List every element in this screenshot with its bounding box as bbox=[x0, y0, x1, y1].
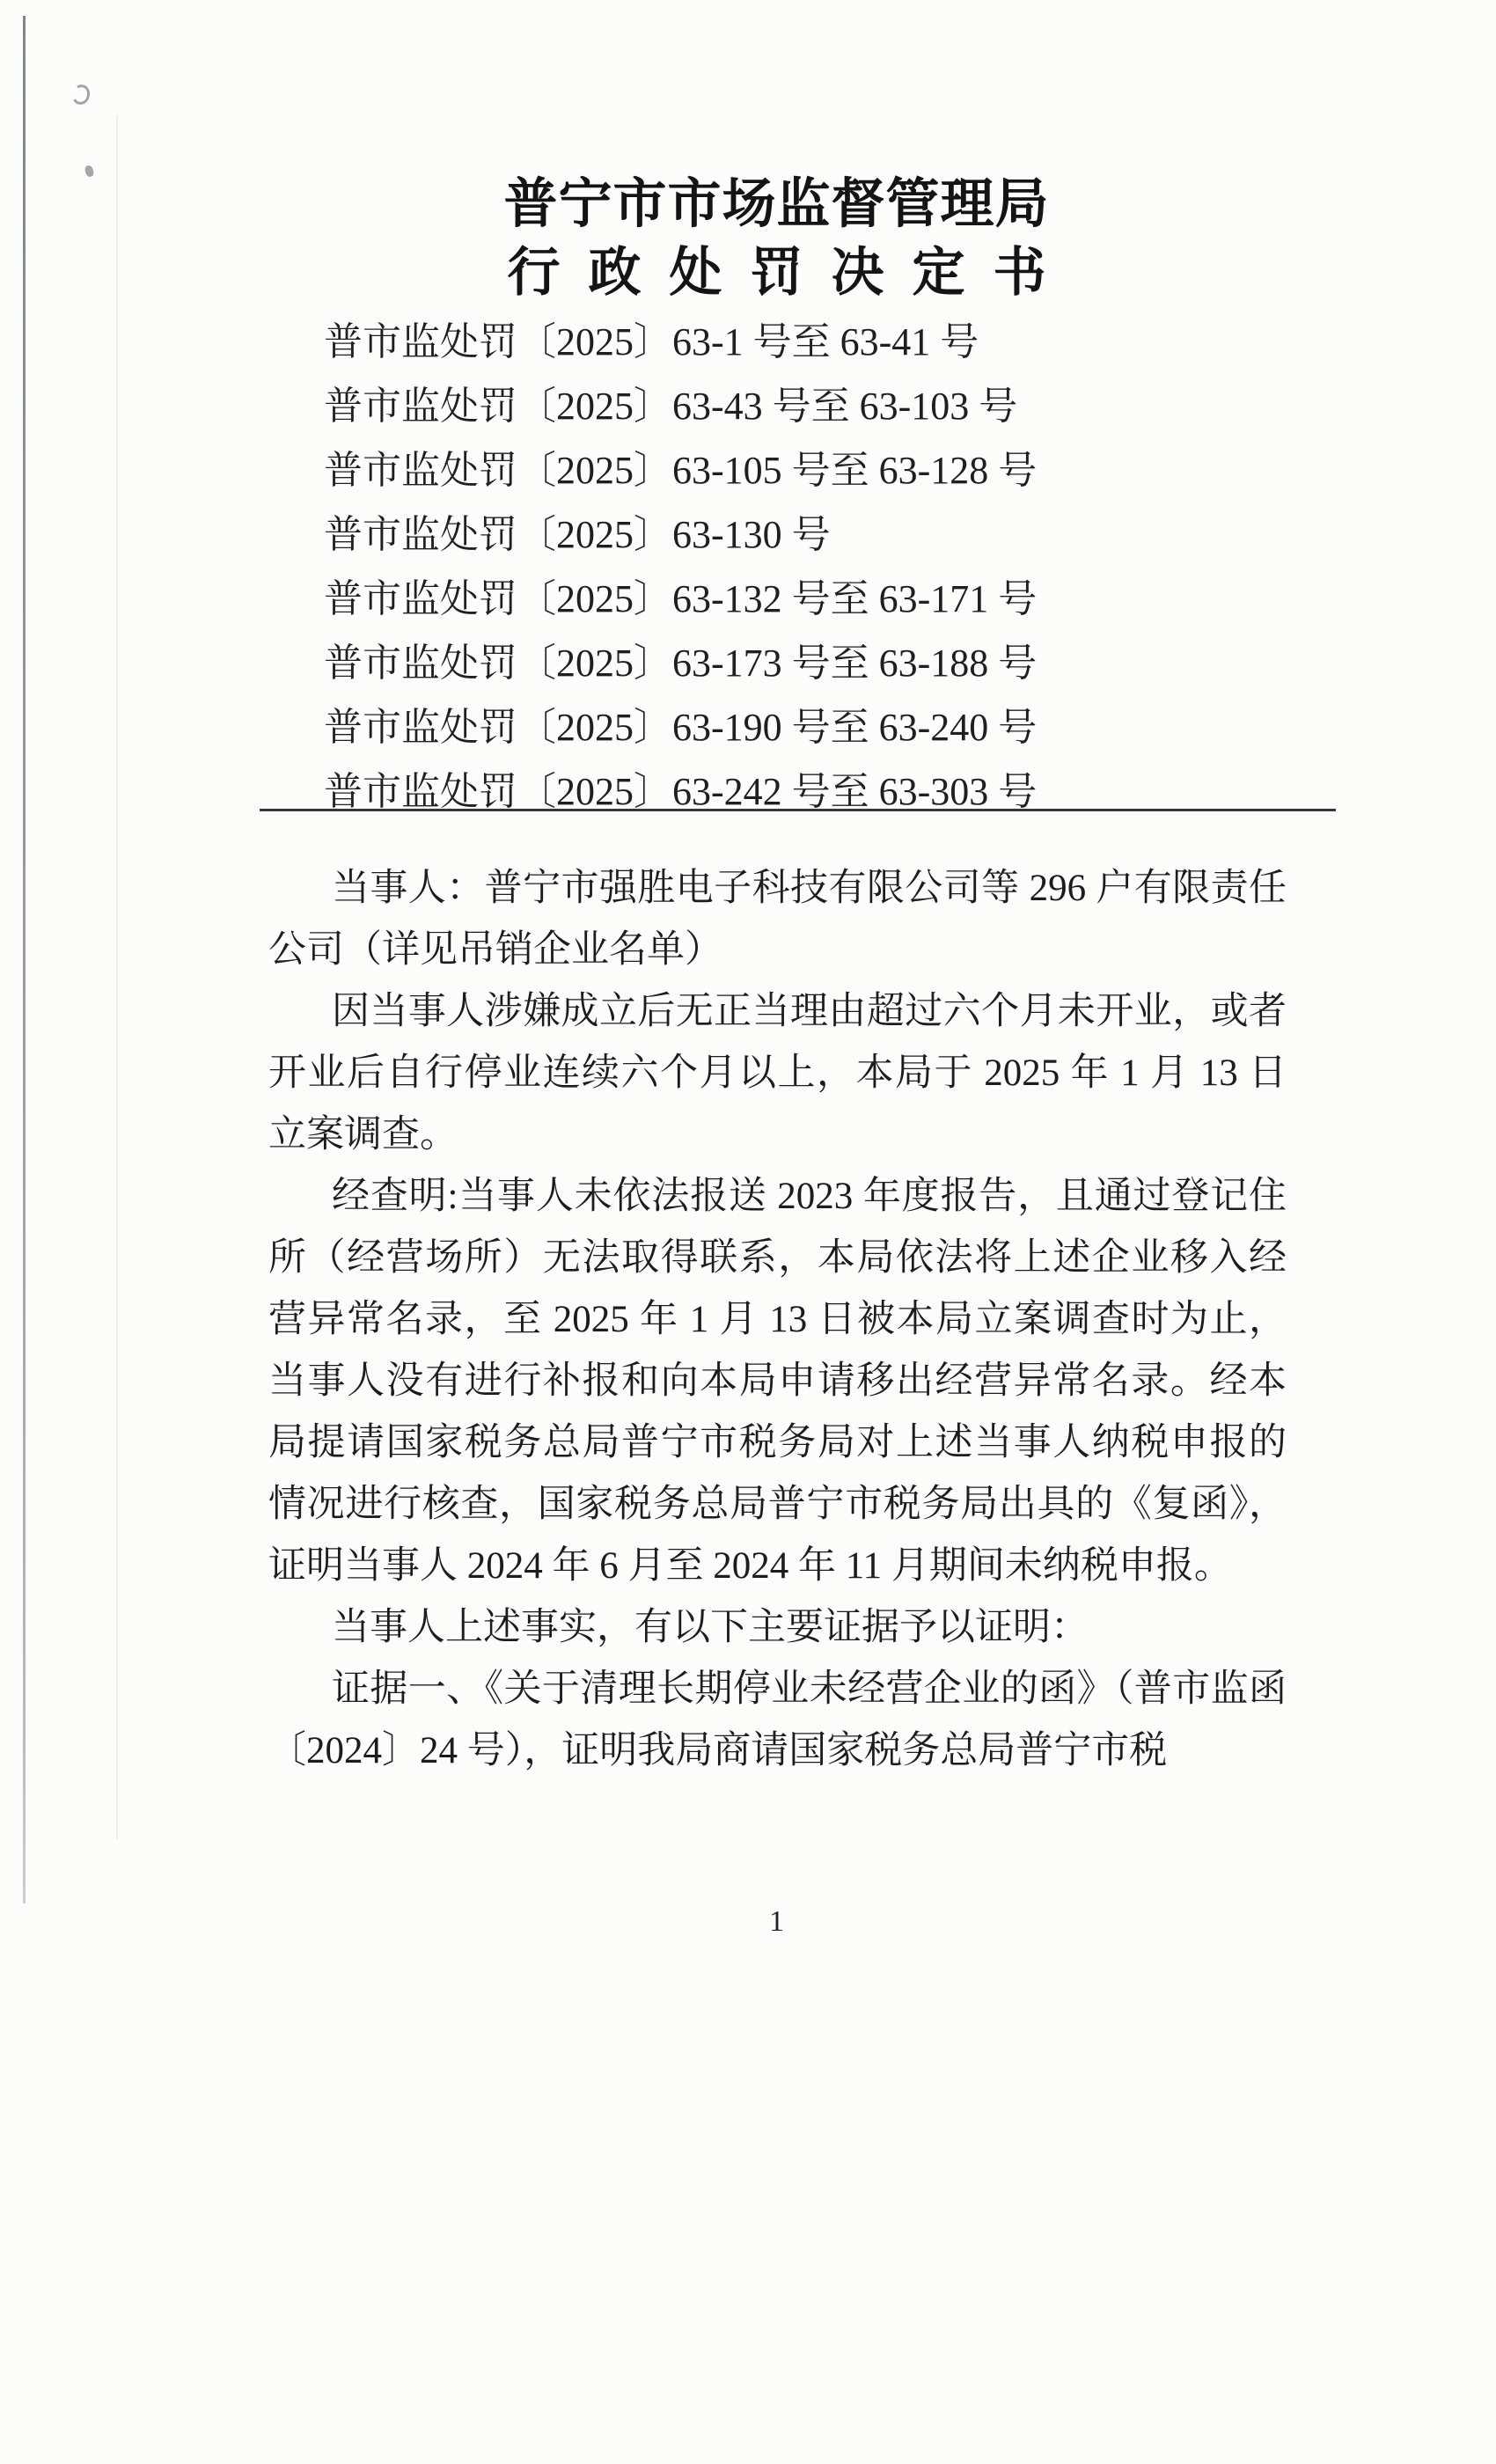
scan-speck-mark bbox=[84, 165, 95, 178]
body-paragraph-case-opening: 因当事人涉嫌成立后无正当理由超过六个月未开业，或者开业后自行停业连续六个月以上，… bbox=[268, 981, 1287, 1166]
case-number-line: 普市监处罚〔2025〕63-242 号至 63-303 号 bbox=[324, 759, 1037, 824]
header-divider-rule bbox=[260, 809, 1336, 811]
scan-edge-artifact-line bbox=[23, 16, 26, 1903]
case-number-list: 普市监处罚〔2025〕63-1 号至 63-41 号 普市监处罚〔2025〕63… bbox=[324, 310, 1037, 824]
body-paragraph-findings: 经查明:当事人未依法报送 2023 年度报告，且通过登记住所（经营场所）无法取得… bbox=[268, 1166, 1287, 1597]
case-number-line: 普市监处罚〔2025〕63-130 号 bbox=[324, 502, 1037, 567]
body-paragraph-evidence-one: 证据一、《关于清理长期停业未经营企业的函》（普市监函〔2024〕24 号），证明… bbox=[268, 1659, 1287, 1782]
scan-faint-artifact-line bbox=[116, 114, 118, 1839]
document-title-agency: 普宁市市场监督管理局 bbox=[268, 161, 1285, 238]
case-number-line: 普市监处罚〔2025〕63-132 号至 63-171 号 bbox=[324, 567, 1037, 631]
scanned-document-page: 普宁市市场监督管理局 行政处罚决定书 普市监处罚〔2025〕63-1 号至 63… bbox=[0, 0, 1496, 2464]
body-paragraph-evidence-intro: 当事人上述事实，有以下主要证据予以证明： bbox=[268, 1597, 1287, 1659]
case-number-line: 普市监处罚〔2025〕63-43 号至 63-103 号 bbox=[324, 374, 1037, 438]
case-number-line: 普市监处罚〔2025〕63-173 号至 63-188 号 bbox=[324, 631, 1037, 695]
scan-speck-mark bbox=[70, 83, 92, 106]
document-body: 当事人：普宁市强胜电子科技有限公司等 296 户有限责任公司（详见吊销企业名单）… bbox=[268, 858, 1287, 1782]
case-number-line: 普市监处罚〔2025〕63-105 号至 63-128 号 bbox=[324, 438, 1037, 502]
body-paragraph-parties: 当事人：普宁市强胜电子科技有限公司等 296 户有限责任公司（详见吊销企业名单） bbox=[268, 858, 1287, 981]
case-number-line: 普市监处罚〔2025〕63-1 号至 63-41 号 bbox=[324, 310, 1037, 374]
case-number-line: 普市监处罚〔2025〕63-190 号至 63-240 号 bbox=[324, 695, 1037, 759]
document-title-type: 行政处罚决定书 bbox=[268, 231, 1285, 306]
page-number: 1 bbox=[268, 1905, 1285, 1939]
